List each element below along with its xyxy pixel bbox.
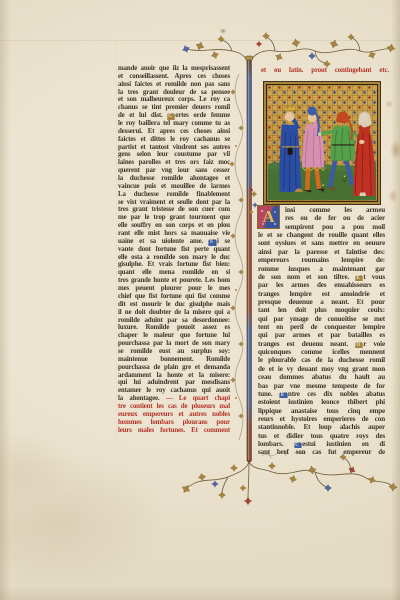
text-line: gisulphe. Et vrais fortune fist bien: <box>118 261 230 269</box>
text-line: ardamment la honte et la misere: <box>118 372 230 380</box>
text-line: lombars. Cestui iustinien en di <box>258 440 385 448</box>
text-segment: tus et didier tous quatre roys des <box>258 432 385 440</box>
text-segment: partist et tantost vindrent ses autres <box>118 144 230 151</box>
chapter-rubric-latin: et ou latin. prout contingebant etc. <box>261 66 389 75</box>
text-segment: pourchassa par la mort de son mary <box>118 340 230 347</box>
text-segment: de son nom et son tiltre. <box>258 273 355 281</box>
text-segment: chanus se tint premier deuers romil <box>118 104 230 111</box>
text-line: partist et tantost vindrent ses autres <box>118 144 230 152</box>
text-line: chief que fist fortune qui fist comme <box>118 293 230 301</box>
text-segment: quant elle mena romilde en si <box>118 269 230 276</box>
text-line: de et ie vy deuant moy vng grant mon <box>258 365 385 373</box>
text-line: estoient iustinien leonce thibert phi <box>258 398 385 406</box>
text-line: le et se changent de rouille quant elles <box>258 231 385 239</box>
text-line: entamer le roy cachanus qui auoit <box>118 387 230 395</box>
text-segment: se vist vraiment et seulle dont par la <box>118 199 230 206</box>
text-segment: romme iusques a maintenant gar <box>258 265 385 273</box>
text-segment: presque deuenue a neant. Et pour <box>258 298 385 306</box>
text-segment: la duchesse romilde ahontagee et <box>118 175 230 182</box>
text-line: par les armes des enuahisseurs es <box>258 281 385 289</box>
text-segment: estoient iustinien leonce thibert phi <box>258 398 385 406</box>
text-line: tant len doit plus moquier ceulx: <box>258 306 385 314</box>
text-segment: chaper le maleur que fortune lui <box>118 332 230 339</box>
text-segment: tranges lempire est amoindrie et <box>258 290 385 298</box>
text-line: la ahontagee. — Le quart chapi <box>118 395 230 403</box>
text-line: tus et didier tous quatre roys des <box>258 432 385 440</box>
text-segment: rant elle mist hors sa mauuaise vie <box>118 230 230 237</box>
text-segment: maintenue bonnement. Romilde <box>118 356 230 363</box>
text-segment: tres grant tristesse de son cuer com <box>118 206 230 213</box>
text-line: le plourable cas de la duchesse romil <box>258 356 385 364</box>
text-segment: gisulphe. Et vrais fortune fist bien: <box>118 261 230 268</box>
text-segment: de et ie vy deuant moy vng grant mon <box>258 365 385 373</box>
text-segment: la ahontagee. <box>118 395 166 402</box>
text-line: elle osta a romilde son mary le duc <box>118 254 230 262</box>
text-line: la duchesse romilde ahontagee et <box>118 175 230 183</box>
text-segment: lombars. <box>258 440 294 448</box>
text-line: faictes et dittes le roy cachanus se <box>118 136 230 144</box>
text-line: et son malheureux corps. Le roy ca <box>118 96 230 104</box>
text-segment: querent par vng iour sans cesser <box>118 167 230 174</box>
text-line: luxure. Romilde pouoit assez es <box>118 324 230 332</box>
text-segment: eureux empereurs et autres nobles <box>118 411 230 418</box>
text-line: maintenue bonnement. Romilde <box>118 356 230 364</box>
text-segment: chief que fist fortune qui fist comme <box>118 293 230 300</box>
text-line: tre contient les cas de pluseurs mal <box>118 403 230 411</box>
text-segment: luxure. Romilde pouoit assez es <box>118 324 230 331</box>
text-segment: bas par vne mesme tempeste de for <box>258 382 385 390</box>
text-line: res ou de fer ou de acier <box>258 214 385 222</box>
text-segment: le et se changent de rouille quant elles <box>258 231 385 239</box>
text-segment: gens selon leur coustume par vil <box>118 151 230 158</box>
text-line: qui par armes et par batailles es <box>258 331 385 339</box>
text-segment: entamer le roy cachanus qui auoit <box>118 387 230 394</box>
text-segment: qui par ymage de conuoitise se met <box>258 315 385 323</box>
text-line: quant elle mena romilde en si <box>118 269 230 277</box>
text-line: lippique anastaise tous cinq empe <box>258 407 385 415</box>
text-line: mande auoir que ilz la mesprisassent <box>118 65 230 73</box>
text-segment: ainsi faictes et romilde non pas sans <box>118 81 230 88</box>
text-segment: laines parolles et tres ors faiz moc <box>118 159 230 166</box>
text-line: se romilde eust au surplus soy: <box>118 348 230 356</box>
text-line: qui par ymage de conuoitise se met <box>258 315 385 323</box>
text-line: presque deuenue a neant. Et pour <box>258 298 385 306</box>
text-line: tranges lempire est amoindrie et <box>258 290 385 298</box>
text-segment: elle osta a romilde son mary le duc <box>118 254 230 261</box>
text-line: insi comme les armeu <box>258 206 385 214</box>
text-line: reurs et hystoires emperieres de con <box>258 415 385 423</box>
figure-blue-king <box>279 104 303 192</box>
text-line: vaincue puis et mouillee de larmes <box>118 183 230 191</box>
text-line: romme iusques a maintenant gar <box>258 265 385 273</box>
text-line: la tres grant douleur de sa pensee <box>118 89 230 97</box>
text-line: empereurs roumains lempire de: <box>258 256 385 264</box>
text-segment: insi comme les armeu <box>285 206 385 214</box>
text-line: laines parolles et tres ors faiz moc <box>118 159 230 167</box>
text-segment: qui lui aduindrent par mesdisans <box>118 379 230 386</box>
text-line: chanus se tint premier deuers romil <box>118 104 230 112</box>
text-segment: r voie <box>363 340 385 348</box>
text-line: de son nom et son tiltre. Et vous <box>258 273 385 281</box>
text-line: me par le trop grant tourment que <box>118 214 230 222</box>
text-segment: me par le trop grant tourment que <box>118 214 230 221</box>
text-segment: lippique anastaise tous cinq empe <box>258 407 385 415</box>
text-line: ainsi faictes et romilde non pas sans <box>118 81 230 89</box>
text-segment: elle souffry en son corps et en plou <box>118 222 230 229</box>
text-line: gens selon leur coustume par vil <box>118 151 230 159</box>
text-line: tranges est deuenu neant. Or voie <box>258 340 385 348</box>
text-segment: de et lui dist. <box>118 112 167 119</box>
text-line: uaine et sa uiolente ame. Si se <box>118 238 230 246</box>
text-segment: ceau dommes abatus du hault au <box>258 373 385 381</box>
text-segment: ardamment la honte et la misere: <box>118 372 230 379</box>
text-segment: le roy baillera tel mary comme tu as <box>118 120 230 127</box>
text-line: sont oysiues et sans mettre en oeuure <box>258 239 385 247</box>
text-segment: res ou de fer ou de acier <box>285 214 385 222</box>
text-segment: tant len doit plus moquier ceulx: <box>258 306 385 314</box>
text-segment: qui par armes et par batailles es <box>258 331 385 339</box>
text-segment: sont oysiues et sans mettre en oeuure <box>258 239 385 247</box>
text-line: vante dont fortune fist perte quant <box>118 246 230 254</box>
text-line: tres grant tristesse de son cuer com <box>118 206 230 214</box>
text-segment: hommes lombars plourans pour <box>118 419 230 426</box>
text-line: se vist vraiment et seulle dont par la <box>118 199 230 207</box>
manuscript-page: et ou latin. prout contingebant etc. <box>0 0 400 600</box>
text-line: romilde aduint par sa desordonnee: <box>118 317 230 325</box>
text-line: tune. Entre ces dix nobles abatus <box>258 390 385 398</box>
text-segment: romilde aduint par sa desordonnee: <box>118 317 230 324</box>
text-segment: stantinnoble. Et loup alachis auper <box>258 423 385 431</box>
text-segment: et son malheureux corps. Le roy ca <box>118 96 230 103</box>
text-segment: reurs et hystoires emperieres de con <box>258 415 385 423</box>
text-line: desserui. Et apres ces choses ainsi <box>118 128 230 136</box>
text-line: chaper le maleur que fortune lui <box>118 332 230 340</box>
text-segment: ainsi par la paresse et faintise des: <box>258 248 385 256</box>
text-segment: pourchassa de plain gre et demanda <box>118 364 230 371</box>
text-segment: t vous <box>363 273 385 281</box>
text-segment: desserui. Et apres ces choses ainsi <box>118 128 230 135</box>
text-line: tent en peril de conquester lempire <box>258 323 385 331</box>
text-segment: leurs males fortunes. Et comment <box>118 427 230 434</box>
text-segment: empereurs roumains lempire de: <box>258 256 385 264</box>
text-segment: — Le quart chapi <box>166 395 230 402</box>
ruling-line-left <box>116 42 117 440</box>
ruling-line-top <box>0 40 400 41</box>
text-line: querent par vng iour sans cesser <box>118 167 230 175</box>
text-segment: sempirent pou a pou moil <box>285 223 385 231</box>
text-segment: estui iustinien en di <box>302 440 385 448</box>
text-line: sempirent pou a pou moil <box>258 223 385 231</box>
text-segment: quiconques comme icelles mennent <box>258 348 385 356</box>
text-segment: la tres grant douleur de sa pensee <box>118 89 230 96</box>
text-line: il ne doit doubter de la misere qui a <box>118 309 230 317</box>
figure-red-elder <box>353 112 375 196</box>
text-segment: et conseillassent. Apres ces choses <box>118 73 230 80</box>
text-segment: il ne doit doubter de la misere qui a <box>118 309 230 316</box>
text-line: quiconques comme icelles mennent <box>258 348 385 356</box>
text-line: mes peuent plourer pour le mes <box>118 285 230 293</box>
text-segment: par les armes des enuahisseurs es <box>258 281 385 289</box>
text-segment: uaine et sa uiolente ame. <box>118 238 209 245</box>
text-segment: ertes orde femme <box>175 112 230 119</box>
text-line: leurs males fortunes. Et comment <box>118 427 230 435</box>
text-line: eureux empereurs et autres nobles <box>118 411 230 419</box>
text-segment: i se <box>217 238 230 245</box>
text-segment: vaincue puis et mouillee de larmes <box>118 183 230 190</box>
text-line: et conseillassent. Apres ces choses <box>118 73 230 81</box>
text-line: elle souffry en son corps et en plou <box>118 222 230 230</box>
text-segment: mes peuent plourer pour le mes <box>118 285 230 292</box>
text-line: hommes lombars plourans pour <box>118 419 230 427</box>
text-segment: dit est mourir le duc gisulphe mais <box>118 301 230 308</box>
text-line: qui lui aduindrent par mesdisans <box>118 379 230 387</box>
text-line: stantinnoble. Et loup alachis auper <box>258 423 385 431</box>
text-segment: tranges est deuenu neant. <box>258 340 355 348</box>
text-line: pourchassa par la mort de son mary <box>118 340 230 348</box>
text-segment: La duchesse romilde finablement <box>118 191 230 198</box>
text-line: rant elle mist hors sa mauuaise vie <box>118 230 230 238</box>
text-segment: le plourable cas de la duchesse romil <box>258 356 385 364</box>
right-text-column: insi comme les armeures ou de fer ou de … <box>258 206 385 459</box>
text-line: sant bref son cas fut empereur de <box>258 448 385 456</box>
text-segment: tune. <box>258 390 280 398</box>
text-line: dit est mourir le duc gisulphe mais <box>118 301 230 309</box>
text-segment: sant bref son cas fut empereur de <box>258 448 385 456</box>
text-line: ceau dommes abatus du hault au <box>258 373 385 381</box>
text-segment: tre contient les cas de pluseurs mal <box>118 403 230 410</box>
text-segment: tres grande honte et pourete. Les hom <box>118 277 230 284</box>
text-line: bas par vne mesme tempeste de for <box>258 382 385 390</box>
text-segment: mande auoir que ilz la mesprisassent <box>118 65 230 72</box>
text-segment: tent en peril de conquester lempire <box>258 323 385 331</box>
text-line: La duchesse romilde finablement <box>118 191 230 199</box>
text-line: tres grande honte et pourete. Les hom <box>118 277 230 285</box>
text-line: le roy baillera tel mary comme tu as <box>118 120 230 128</box>
text-line: pourchassa de plain gre et demanda <box>118 364 230 372</box>
text-segment: vante dont fortune fist perte quant <box>118 246 230 253</box>
text-segment: ntre ces dix nobles abatus <box>288 390 385 398</box>
text-segment: se romilde eust au surplus soy: <box>118 348 230 355</box>
text-segment: faictes et dittes le roy cachanus se <box>118 136 230 143</box>
miniature <box>266 84 378 202</box>
left-text-column: mande auoir que ilz la mesprisassentet c… <box>118 65 230 437</box>
miniature-figures <box>267 85 377 201</box>
text-line: ainsi par la paresse et faintise des: <box>258 248 385 256</box>
text-line: de et lui dist. Certes orde femme <box>118 112 230 120</box>
